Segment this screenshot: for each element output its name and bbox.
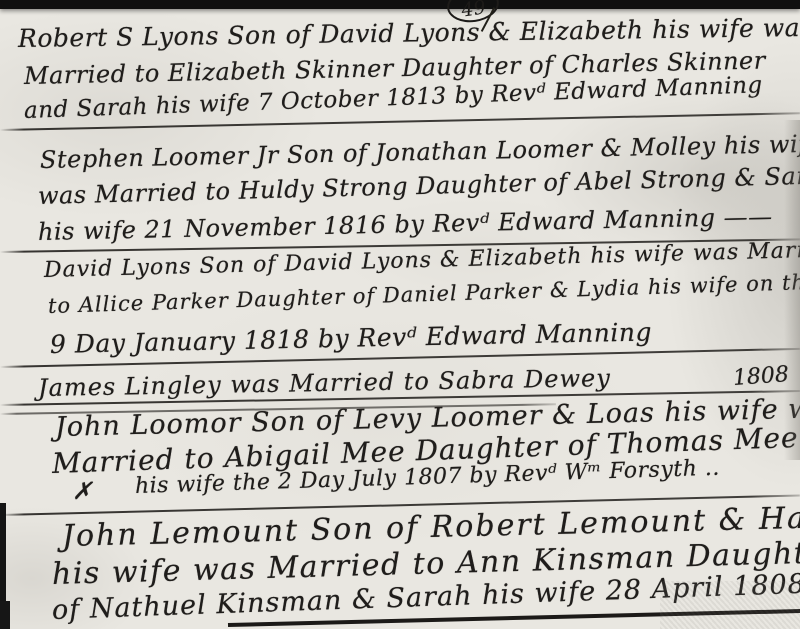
- register-entry-line: Robert S Lyons Son of David Lyons & Eliz…: [18, 13, 800, 53]
- entry-year: 1808: [732, 362, 790, 391]
- register-entry-line: his wife 21 November 1816 by Revᵈ Edward…: [38, 203, 773, 246]
- margin-cross-mark: ✗: [72, 477, 92, 505]
- scan-texture-bottom-right: [660, 581, 800, 629]
- scan-edge-top: [0, 0, 800, 9]
- scan-shade-right: [784, 120, 800, 460]
- scan-edge-left-foot: [0, 601, 10, 629]
- register-page: 49 Robert S Lyons Son of David Lyons & E…: [0, 0, 800, 629]
